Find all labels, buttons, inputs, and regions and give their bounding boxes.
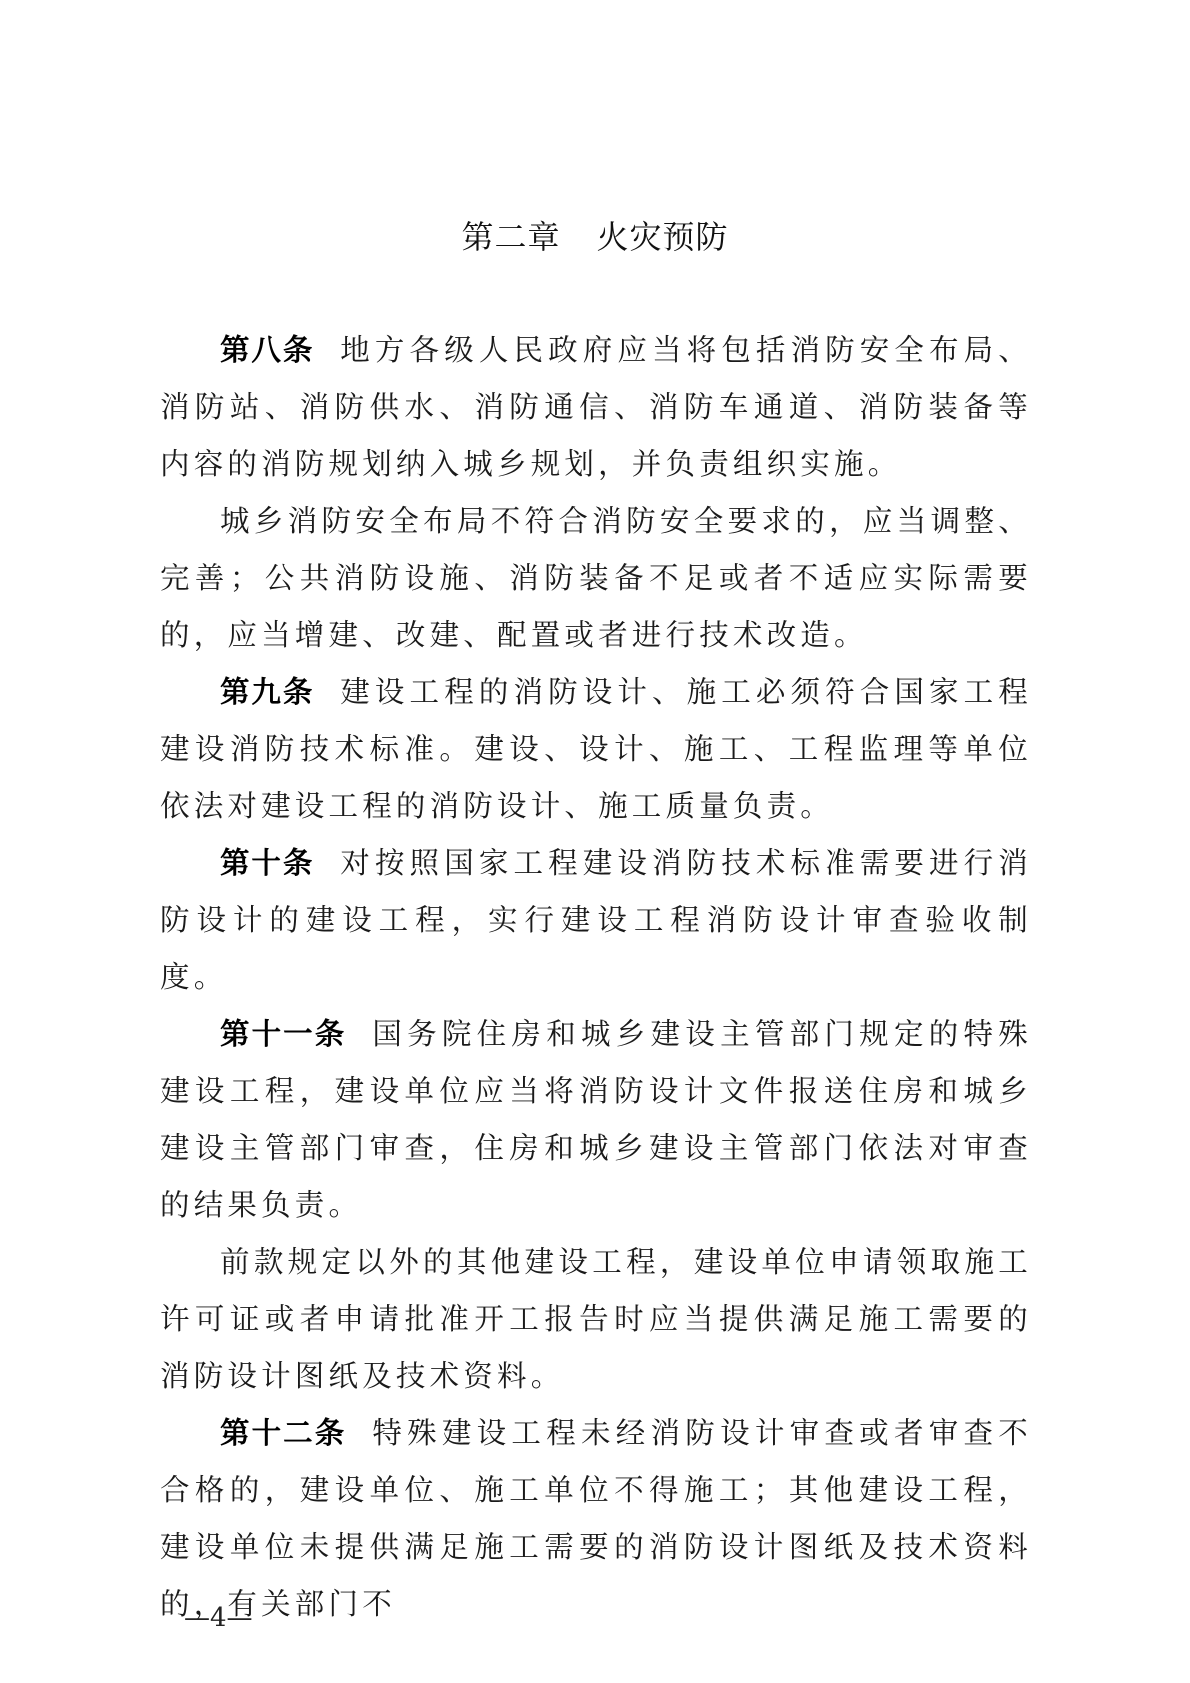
paragraph-article-12: 第十二条特殊建设工程未经消防设计审查或者审查不合格的，建设单位、施工单位不得施工… — [160, 1405, 1032, 1633]
article-label: 第十二条 — [220, 1416, 346, 1450]
article-label: 第十条 — [220, 846, 314, 880]
paragraph-article-8: 第八条地方各级人民政府应当将包括消防安全布局、消防站、消防供水、消防通信、消防车… — [160, 322, 1032, 493]
chapter-number: 第二章 — [461, 218, 560, 256]
article-label: 第九条 — [220, 675, 314, 709]
paragraph-article-9: 第九条建设工程的消防设计、施工必须符合国家工程建设消防技术标准。建设、设计、施工… — [160, 664, 1032, 835]
paragraph-article-8-clause-2: 城乡消防安全布局不符合消防安全要求的，应当调整、完善；公共消防设施、消防装备不足… — [160, 493, 1032, 664]
paragraph-article-10: 第十条对按照国家工程建设消防技术标准需要进行消防设计的建设工程，实行建设工程消防… — [160, 835, 1032, 1006]
article-label: 第十一条 — [220, 1017, 346, 1051]
paragraph-text: 城乡消防安全布局不符合消防安全要求的，应当调整、完善；公共消防设施、消防装备不足… — [160, 504, 1032, 652]
article-label: 第八条 — [220, 333, 314, 367]
chapter-heading: 第二章火灾预防 — [0, 212, 1190, 258]
paragraph-article-11: 第十一条国务院住房和城乡建设主管部门规定的特殊建设工程，建设单位应当将消防设计文… — [160, 1006, 1032, 1234]
paragraph-text: 前款规定以外的其他建设工程，建设单位申请领取施工许可证或者申请批准开工报告时应当… — [160, 1245, 1032, 1393]
document-body: 第八条地方各级人民政府应当将包括消防安全布局、消防站、消防供水、消防通信、消防车… — [160, 322, 1032, 1633]
document-page: 第二章火灾预防 第八条地方各级人民政府应当将包括消防安全布局、消防站、消防供水、… — [0, 0, 1190, 1683]
paragraph-article-11-clause-2: 前款规定以外的其他建设工程，建设单位申请领取施工许可证或者申请批准开工报告时应当… — [160, 1234, 1032, 1405]
chapter-title-text: 火灾预防 — [597, 218, 729, 256]
page-number: —4— — [184, 1603, 253, 1633]
